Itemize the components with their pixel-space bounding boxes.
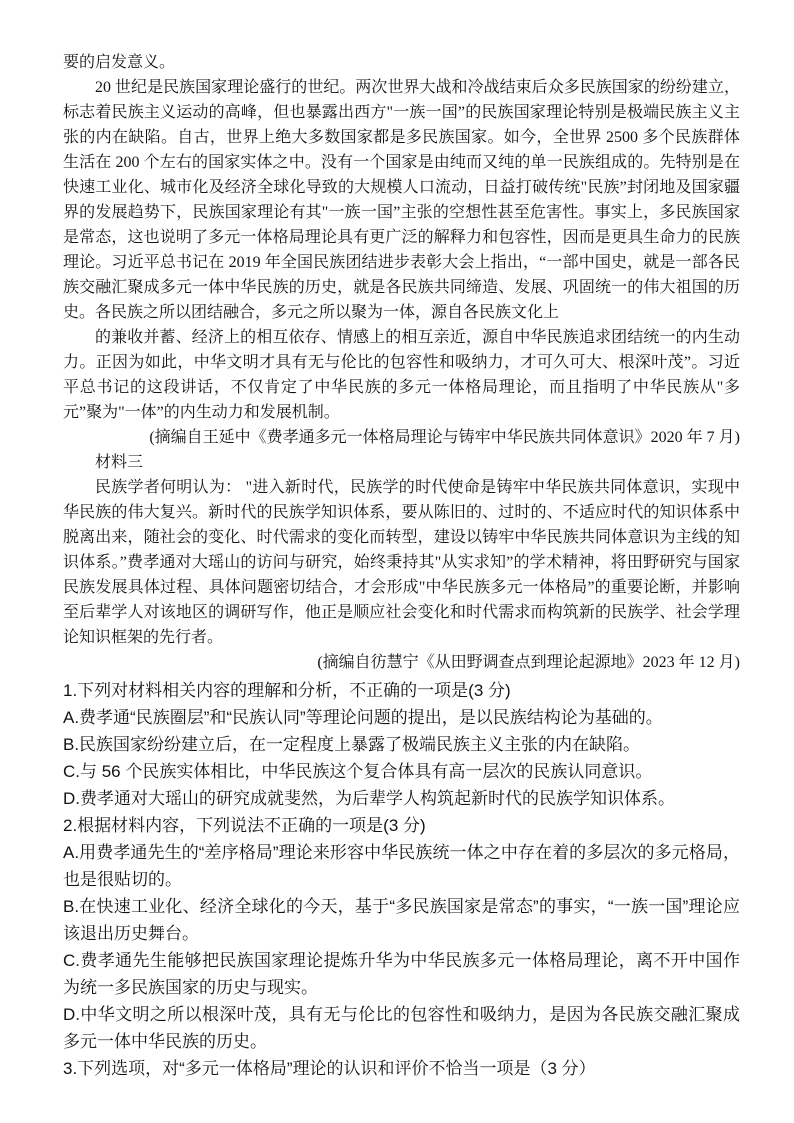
material-three-heading: 材料三 [63, 450, 740, 475]
question-option: C.与 56 个民族实体相比，中华民族这个复合体具有高一层次的民族认同意识。 [63, 758, 740, 785]
material-paragraph: 的兼收并蓄、经济上的相互依存、情感上的相互亲近，源自中华民族追求团结统一的内生动… [63, 325, 740, 425]
material-paragraph: 20 世纪是民族国家理论盛行的世纪。两次世界大战和冷战结束后众多民族国家的纷纷建… [63, 75, 740, 325]
question-option: B.在快速工业化、经济全球化的今天，基于“多民族国家是常态”的事实，“一族一国”… [63, 893, 740, 947]
question-1: 1.下列对材料相关内容的理解和分析，不正确的一项是(3 分) A.费孝通“民族圈… [63, 677, 740, 812]
material-paragraph: 民族学者何明认为： "进入新时代，民族学的时代使命是铸牢中华民族共同体意识，实现… [63, 475, 740, 650]
question-stem: 3.下列选项，对“多元一体格局”理论的认识和评价不恰当一项是（3 分） [63, 1055, 740, 1082]
material-two-continuation: 要的启发意义。 20 世纪是民族国家理论盛行的世纪。两次世界大战和冷战结束后众多… [63, 50, 740, 450]
question-option: D.费孝通对大瑶山的研究成就斐然，为后辈学人构筑起新时代的民族学知识体系。 [63, 785, 740, 812]
question-2: 2.根据材料内容，下列说法不正确的一项是(3 分) A.用费孝通先生的“差序格局… [63, 812, 740, 1055]
question-option: C.费孝通先生能够把民族国家理论提炼升华为中华民族多元一体格局理论，离不开中国作… [63, 947, 740, 1001]
material-paragraph: 要的启发意义。 [63, 50, 740, 75]
questions-section: 1.下列对材料相关内容的理解和分析，不正确的一项是(3 分) A.费孝通“民族圈… [63, 677, 740, 1082]
material-three: 材料三 民族学者何明认为： "进入新时代，民族学的时代使命是铸牢中华民族共同体意… [63, 450, 740, 675]
question-option: A.用费孝通先生的“差序格局”理论来形容中华民族统一体之中存在着的多层次的多元格… [63, 839, 740, 893]
exam-page: 要的启发意义。 20 世纪是民族国家理论盛行的世纪。两次世界大战和冷战结束后众多… [0, 0, 794, 1123]
question-3: 3.下列选项，对“多元一体格局”理论的认识和评价不恰当一项是（3 分） [63, 1055, 740, 1082]
question-stem: 1.下列对材料相关内容的理解和分析，不正确的一项是(3 分) [63, 677, 740, 704]
question-option: B.民族国家纷纷建立后，在一定程度上暴露了极端民族主义主张的内在缺陷。 [63, 731, 740, 758]
material-two-attribution: (摘编自王延中《费孝通多元一体格局理论与铸牢中华民族共同体意识》2020 年 7… [63, 425, 740, 450]
question-option: D.中华文明之所以根深叶茂，具有无与伦比的包容性和吸纳力，是因为各民族交融汇聚成… [63, 1001, 740, 1055]
question-option: A.费孝通“民族圈层”和“民族认同”等理论问题的提出，是以民族结构论为基础的。 [63, 704, 740, 731]
question-stem: 2.根据材料内容，下列说法不正确的一项是(3 分) [63, 812, 740, 839]
material-three-attribution: (摘编自彷慧宁《从田野调查点到理论起源地》2023 年 12 月) [63, 650, 740, 675]
